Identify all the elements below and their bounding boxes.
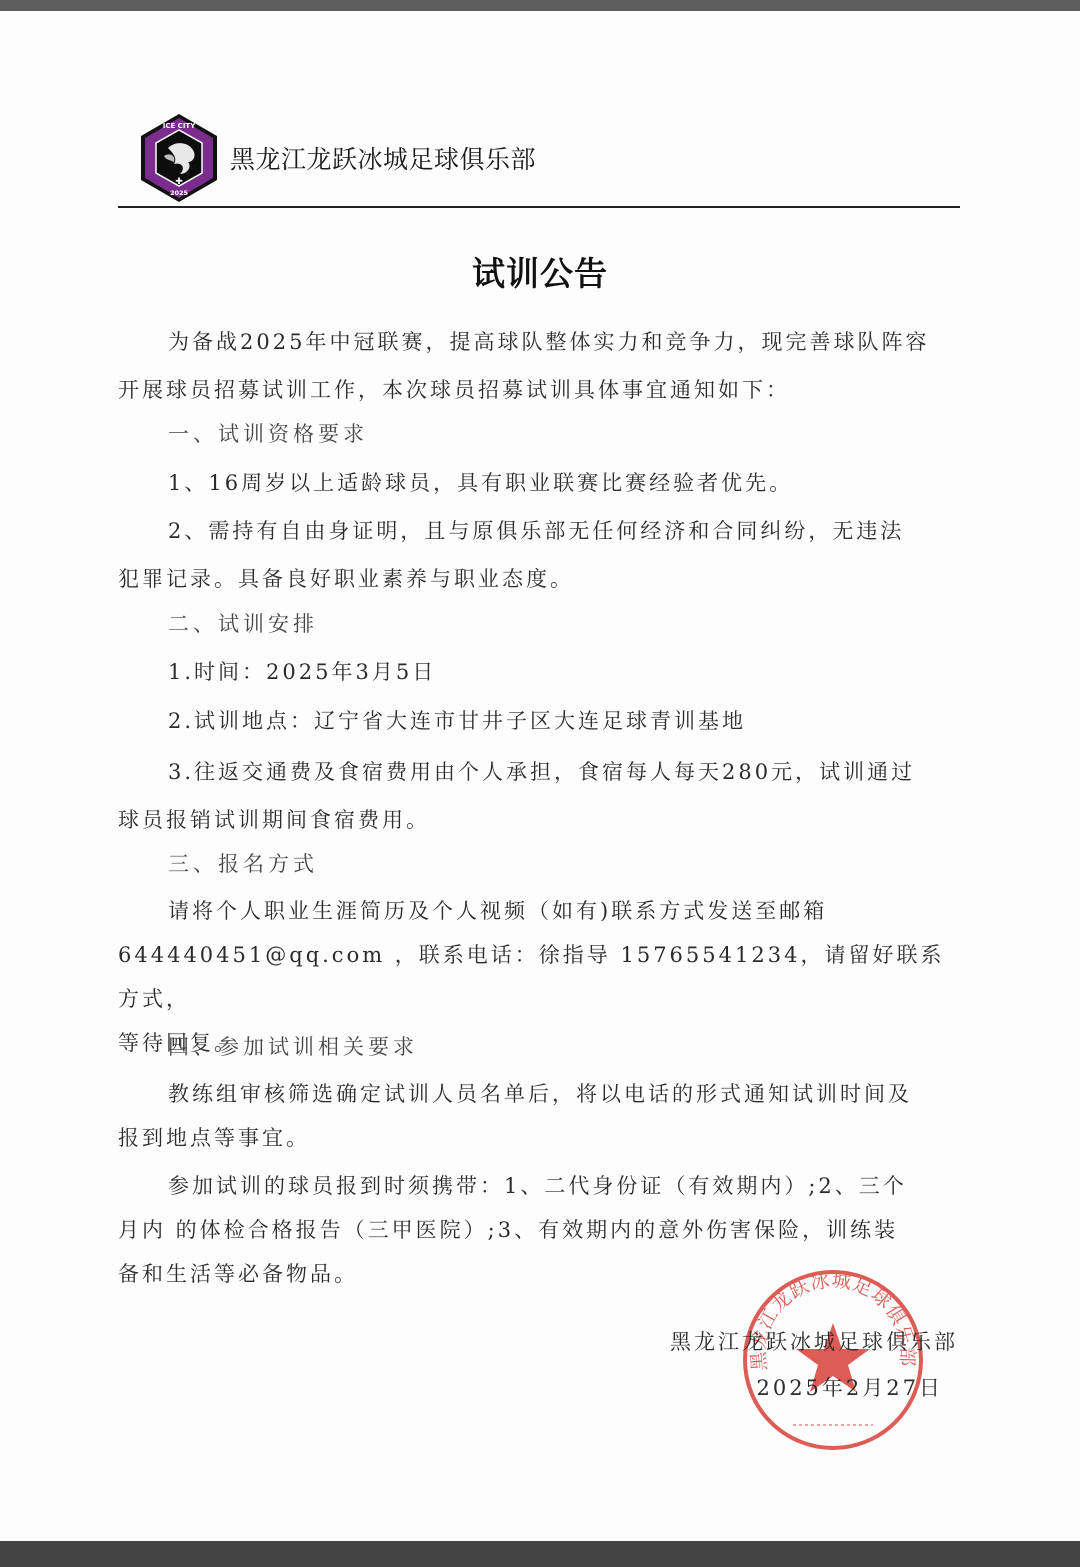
item-text: 报到地点等事宜。	[118, 1126, 310, 1150]
item-text: 3.往返交通费及食宿费用由个人承担，食宿每人每天280元，试训通过	[168, 760, 915, 784]
item-text: 犯罪记录。具备良好职业素养与职业态度。	[118, 567, 574, 591]
letterhead: ICE CITY 2025 ✚ 黑龙江龙跃冰城足球俱乐部	[138, 112, 536, 204]
section-heading-3: 三、报名方式	[118, 840, 948, 888]
svg-text:2025: 2025	[170, 189, 189, 197]
item-text: 备和生活等必备物品。	[118, 1262, 358, 1286]
item-text: 2.试训地点：辽宁省大连市甘井子区大连足球青训基地	[168, 709, 746, 733]
signature-org: 黑龙江龙跃冰城足球俱乐部	[670, 1326, 958, 1356]
official-seal-icon: 黑龙江龙跃冰城足球俱乐部有限公司	[738, 1265, 928, 1455]
club-logo-icon: ICE CITY 2025 ✚	[138, 112, 220, 204]
item-text: 球员报销试训期间食宿费用。	[118, 808, 430, 832]
item-text: 2、需持有自由身证明，且与原俱乐部无任何经济和合同纠纷，无违法	[168, 519, 904, 543]
header-divider	[118, 206, 960, 208]
item-text: 参加试训的球员报到时须携带：1、二代身份证（有效期内）;2、三个	[168, 1174, 907, 1198]
section-2-item-2: 2.试训地点：辽宁省大连市甘井子区大连足球青训基地	[118, 697, 948, 745]
intro-line: 为备战2025年中冠联赛，提高球队整体实力和竞争力，现完善球队阵容	[168, 330, 929, 354]
item-text: 1、16周岁以上适龄球员，具有职业联赛比赛经验者优先。	[168, 471, 793, 495]
svg-text:✚: ✚	[175, 177, 183, 187]
section-heading-2: 二、试训安排	[118, 600, 948, 648]
bottom-frame-bar	[0, 1541, 1080, 1567]
section-1-item-2: 2、需持有自由身证明，且与原俱乐部无任何经济和合同纠纷，无违法 犯罪记录。具备良…	[118, 507, 948, 603]
svg-text:ICE CITY: ICE CITY	[163, 122, 196, 130]
item-text: 教练组审核筛选确定试训人员名单后，将以电话的形式通知试训时间及	[168, 1082, 912, 1106]
section-heading-1: 一、试训资格要求	[118, 410, 948, 458]
section-4-item-1: 教练组审核筛选确定试训人员名单后，将以电话的形式通知试训时间及 报到地点等事宜。	[118, 1072, 948, 1160]
club-name: 黑龙江龙跃冰城足球俱乐部	[230, 140, 536, 176]
top-frame-bar	[0, 0, 1080, 11]
intro-line: 开展球员招募试训工作，本次球员招募试训具体事宜通知如下：	[118, 378, 790, 402]
notice-title: 试训公告	[0, 248, 1080, 295]
section-2-item-3: 3.往返交通费及食宿费用由个人承担，食宿每人每天280元，试训通过 球员报销试训…	[118, 748, 948, 844]
section-heading-4: 四、参加试训相关要求	[118, 1023, 948, 1071]
contact-line: 644440451@qq.com ，联系电话：徐指导 15765541234，请…	[118, 943, 944, 1011]
signature-date: 2025年2月27日	[756, 1372, 943, 1402]
item-text: 1.时间：2025年3月5日	[168, 660, 436, 684]
item-text: 请将个人职业生涯简历及个人视频（如有)联系方式发送至邮箱	[168, 899, 827, 923]
item-text: 月内 的体检合格报告（三甲医院）;3、有效期内的意外伤害保险，训练装	[118, 1218, 898, 1242]
section-2-item-1: 1.时间：2025年3月5日	[118, 648, 948, 696]
intro-paragraph: 为备战2025年中冠联赛，提高球队整体实力和竞争力，现完善球队阵容 开展球员招募…	[118, 318, 948, 414]
section-1-item-1: 1、16周岁以上适龄球员，具有职业联赛比赛经验者优先。	[118, 459, 948, 507]
